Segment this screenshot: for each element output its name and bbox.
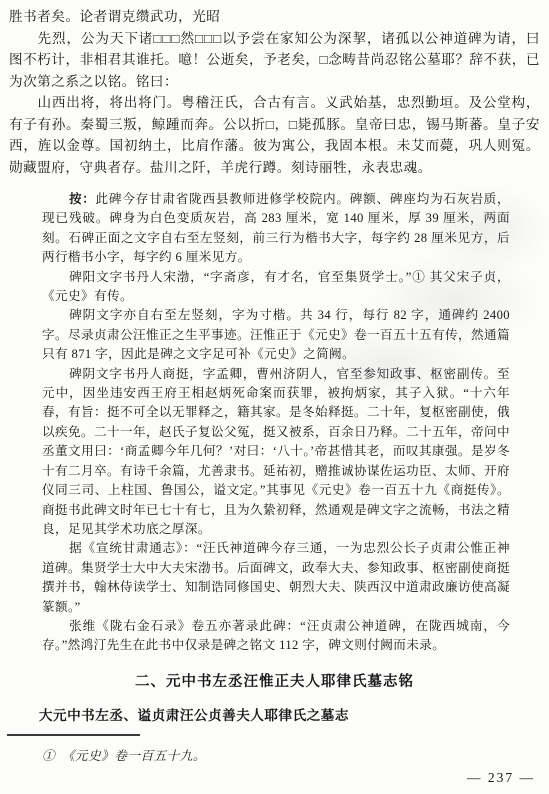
ming-inscription-paragraph: 山西出将，将出将门。粤稽汪氏，合古有言。义武始基，忠烈勤垣。及公堂构，有子有孙。… — [9, 92, 540, 178]
main-text-block: 胜书者矣。论者谓克缵武功，光昭 先烈，公为天下诸□□□然□□□以予尝在家知公为深… — [9, 6, 540, 178]
commentary-paragraph-4: 碑阴文字书丹人商挺，字孟卿，曹州济阴人，官至参知政事、枢密副传。至元中，因坐违安… — [42, 365, 510, 540]
page-number: — 237 — — [467, 770, 535, 786]
footnote-text: ① 《元史》卷一百五十九。 — [42, 745, 540, 764]
book-page: 胜书者矣。论者谓克缵武功，光昭 先烈，公为天下诸□□□然□□□以予尝在家知公为深… — [0, 0, 549, 794]
commentary-paragraph-5: 据《宣统甘肃通志》：“汪氏神道碑今存三通，一为忠烈公长子贞肃公惟正神道碑。集贤学… — [42, 539, 510, 617]
section-heading: 二、元中书左丞汪惟正夫人耶律氏墓志铭 — [9, 670, 540, 691]
section-first-line: 大元中书左丞、谥贞肃汪公贞善夫人耶律氏之墓志 — [9, 704, 540, 724]
commentary-paragraph-6: 张维《陇右金石录》卷五亦著录此碑：“汪贞肃公神道碑，在陇西城南，今存。”然鸿汀先… — [42, 617, 510, 656]
footnote-separator-rule — [7, 734, 140, 736]
commentary-paragraph-3: 碑阴文字亦自右至左竖刻，字为寸楷。共 34 行，每行 82 字，通碑约 2400… — [42, 306, 510, 364]
commentary-paragraph-1: 按：此碑今存甘肃省陇西县教师进修学校院内。碑额、碑座均为石灰岩质，现已残破。碑身… — [42, 190, 510, 268]
commentary-label: 按： — [69, 192, 95, 206]
editor-commentary-block: 按：此碑今存甘肃省陇西县教师进修学校院内。碑额、碑座均为石灰岩质，现已残破。碑身… — [42, 190, 510, 656]
preface-paragraph: 先烈，公为天下诸□□□然□□□以予尝在家知公为深挈，诸孤以公神道碑为请，曰图不朽… — [9, 28, 540, 93]
commentary-paragraph-2: 碑阳文字书丹人宋渤，“字斋彦，有才名，官至集贤学士。”① 其父宋子贞，《元史》有… — [42, 268, 510, 307]
continuation-line: 胜书者矣。论者谓克缵武功，光昭 — [9, 6, 540, 28]
commentary-paragraph-1-text: 此碑今存甘肃省陇西县教师进修学校院内。碑额、碑座均为石灰岩质，现已残破。碑身为白… — [42, 192, 510, 264]
